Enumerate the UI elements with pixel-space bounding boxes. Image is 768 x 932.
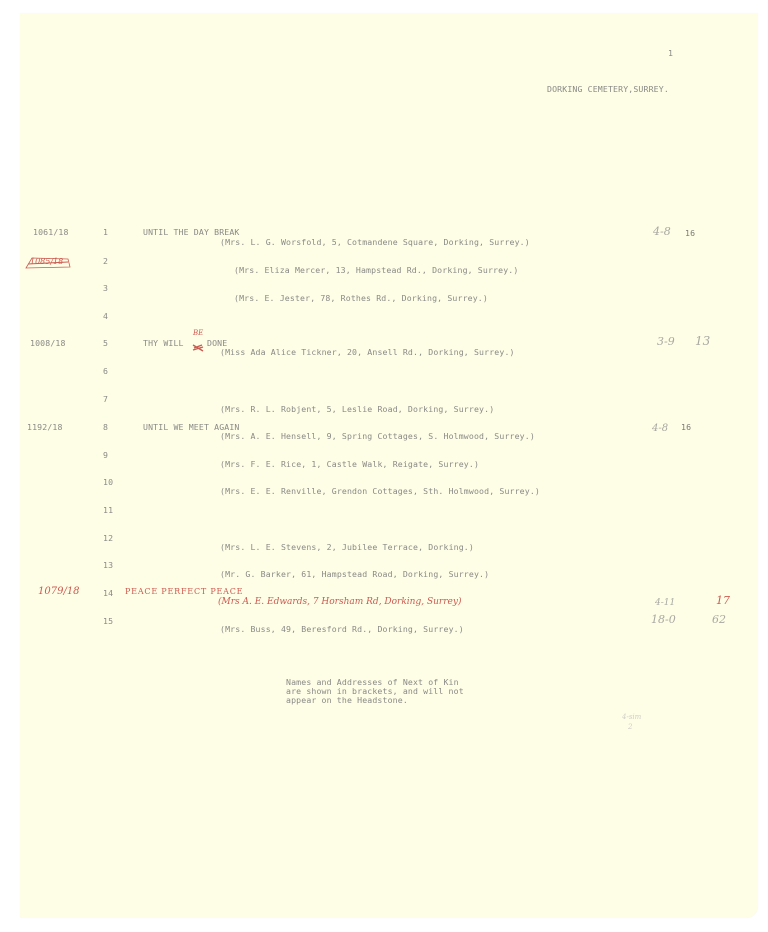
insertion-caret-icon xyxy=(192,339,204,347)
entry-number: 12 xyxy=(103,533,113,543)
entry-number: 7 xyxy=(103,394,108,404)
entry-number: 13 xyxy=(103,560,113,570)
entry-pencil-note: 4-8 xyxy=(652,423,668,435)
pencil-note-line-2: 2 xyxy=(628,721,632,733)
entry-next-of-kin: (Mrs. A. E. Hensell, 9, Spring Cottages,… xyxy=(220,431,535,441)
entry-number: 11 xyxy=(103,505,113,515)
entry-pencil-note: 4-8 xyxy=(653,226,671,238)
entry-number: 10 xyxy=(103,477,113,487)
page-heading: DORKING CEMETERY,SURREY. xyxy=(547,84,669,94)
entry-pencil-note: 3-9 xyxy=(657,336,675,348)
entry-ref-handwritten: 1079/18 xyxy=(38,586,80,598)
entry-age: 16 xyxy=(685,228,695,238)
entry-number: 2 xyxy=(103,256,108,266)
entry-next-of-kin: (Mrs. E. E. Renville, Grendon Cottages, … xyxy=(220,486,540,496)
page-number: 1 xyxy=(668,48,673,58)
struck-ref: 1085/18 xyxy=(24,256,70,268)
entry-number: 4 xyxy=(103,311,108,321)
entry-ref: 1008/18 xyxy=(30,338,66,348)
entry-next-of-kin: (Mrs. L. E. Stevens, 2, Jubilee Terrace,… xyxy=(220,542,474,552)
entry-next-of-kin: (Mrs. F. E. Rice, 1, Castle Walk, Reigat… xyxy=(220,459,479,469)
entry-inscription-part1: THY WILL xyxy=(143,338,184,348)
entry-age: 16 xyxy=(681,422,691,432)
entry-ref: 1061/18 xyxy=(33,227,69,237)
struck-ref-text: 1085/18 xyxy=(30,257,63,266)
entry-ref: 1192/18 xyxy=(27,422,63,432)
inscription-insertion: BE xyxy=(193,327,203,339)
entry-age: 13 xyxy=(695,335,710,347)
entry-next-of-kin-handwritten: (Mrs A. E. Edwards, 7 Horsham Rd, Dorkin… xyxy=(218,596,461,608)
entry-number: 9 xyxy=(103,450,108,460)
entry-next-of-kin: (Mrs. L. G. Worsfold, 5, Cotmandene Squa… xyxy=(220,237,530,247)
entry-number: 1 xyxy=(103,227,108,237)
footnote-line-3: appear on the Headstone. xyxy=(286,695,408,705)
entry-next-of-kin: (Mrs. Buss, 49, Beresford Rd., Dorking, … xyxy=(220,624,464,634)
entry-number: 6 xyxy=(103,366,108,376)
entry-pencil-note: 18-0 xyxy=(651,614,676,626)
entry-age: 62 xyxy=(712,614,726,626)
entry-inscription: UNTIL THE DAY BREAK xyxy=(143,227,240,237)
entry-age: 17 xyxy=(716,595,730,607)
entry-number: 15 xyxy=(103,616,113,626)
entry-next-of-kin: (Mrs. R. L. Robjent, 5, Leslie Road, Dor… xyxy=(220,404,494,414)
entry-number: 5 xyxy=(103,338,108,348)
entry-next-of-kin: (Miss Ada Alice Tickner, 20, Ansell Rd.,… xyxy=(220,347,515,357)
entry-number: 14 xyxy=(103,588,113,598)
entry-number: 3 xyxy=(103,283,108,293)
entry-next-of-kin: (Mrs. E. Jester, 78, Rothes Rd., Dorking… xyxy=(234,293,488,303)
entry-pencil-note: 4-11 xyxy=(655,597,675,609)
entry-number: 8 xyxy=(103,422,108,432)
entry-next-of-kin: (Mrs. Eliza Mercer, 13, Hampstead Rd., D… xyxy=(234,265,518,275)
entry-next-of-kin: (Mr. G. Barker, 61, Hampstead Road, Dork… xyxy=(220,569,489,579)
